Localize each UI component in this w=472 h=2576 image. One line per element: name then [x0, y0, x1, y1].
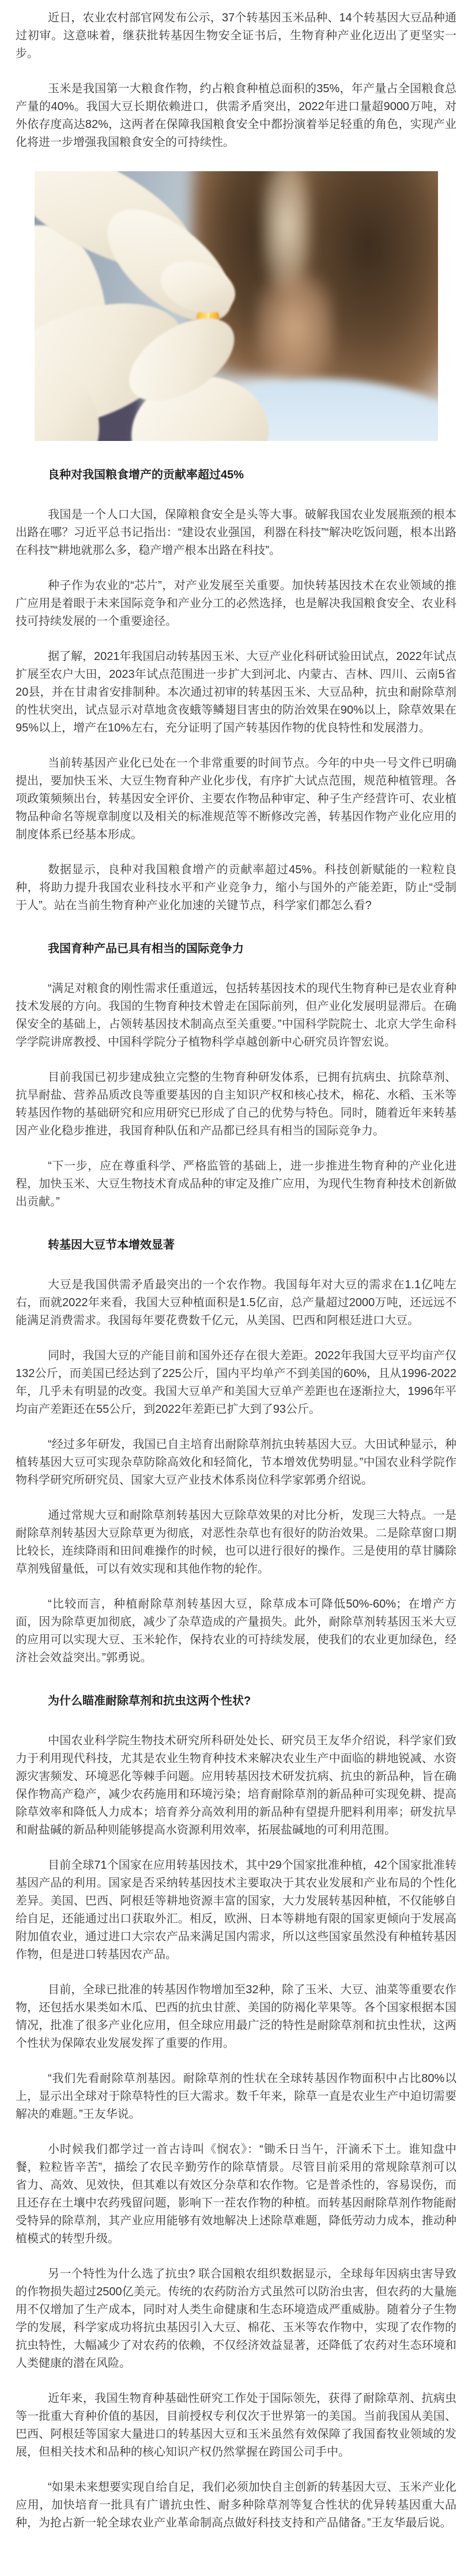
article-paragraph: 近年来，我国生物育种基础性研究工作处于国际领先，获得了耐除草剂、抗病虫等一批重大… — [16, 2390, 456, 2461]
article: 近日，农业农村部官网发布公示，37个转基因玉米品种、14个转基因大豆品种通过初审… — [0, 0, 472, 2576]
article-paragraph: “我们先看耐除草剂基因。耐除草剂的性状在全球转基因作物面积中占比80%以上，显示… — [16, 2070, 456, 2124]
article-section: 转基因大豆节本增效显著大豆是我国供需矛盾最突出的一个农作物。我国每年对大豆的需求… — [16, 1236, 456, 1667]
article-paragraph: 据了解，2021年我国启动转基因玉米、大豆产业化科研试验田试点，2022年试点扩… — [16, 648, 456, 737]
corn-kernel-photo — [35, 171, 438, 441]
article-paragraph: “经过多年研发，我国已自主培育出耐除草剂抗虫转基因大豆。大田试种显示，种植转基因… — [16, 1436, 456, 1489]
article-paragraph: 我国是一个人口大国，保障粮食安全是头等大事。破解我国农业发展瓶颈的根本出路在哪？… — [16, 506, 456, 560]
article-paragraph: 目前全球71个国家在应用转基因技术，其中29个国家批准种植，42个国家批准转基因… — [16, 1857, 456, 1964]
article-section: 为什么瞄准耐除草剂和抗虫这两个性状?中国农业科学院生物技术研究所科研处处长、研究… — [16, 1692, 456, 2532]
article-paragraph: 大豆是我国供需矛盾最突出的一个农作物。我国每年对大豆的需求在1.1亿吨左右，而就… — [16, 1276, 456, 1330]
article-paragraph: 通过常规大豆和耐除草剂转基因大豆除草效果的对比分析，发现三大特点。一是耐除草剂转… — [16, 1507, 456, 1578]
article-paragraph: 目前我国已初步建成独立完整的生物育种研发体系，已拥有抗病虫、抗除草剂、抗旱耐盐、… — [16, 1069, 456, 1140]
photo-hair-part-highlight — [262, 171, 311, 290]
intro-paragraphs: 近日，农业农村部官网发布公示，37个转基因玉米品种、14个转基因大豆品种通过初审… — [16, 9, 456, 152]
article-paragraph: 玉米是我国第一大粮食作物，约占粮食种植总面积的35%，年产量占全国粮食总产量的4… — [16, 80, 456, 152]
section-heading: 转基因大豆节本增效显著 — [16, 1236, 456, 1254]
section-heading: 我国育种产品已具有相当的国际竞争力 — [16, 940, 456, 958]
article-paragraph: 小时候我们都学过一首古诗叫《悯农》：“锄禾日当午，汗滴禾下土。谁知盘中餐，粒粒皆… — [16, 2141, 456, 2248]
article-paragraph: 种子作为农业的“芯片”，对产业发展至关重要。加快转基因技术在农业领域的推广应用是… — [16, 577, 456, 631]
article-section: 良种对我国粮食增产的贡献率超过45%我国是一个人口大国，保障粮食安全是头等大事。… — [16, 466, 456, 915]
article-paragraph: 数据显示，良种对我国粮食增产的贡献率超过45%。科技创新赋能的一粒粒良种，将助力… — [16, 861, 456, 915]
article-paragraph: 同时，我国大豆的产能目前和国外还存在很大差距。2022年我国大豆平均亩产仅132… — [16, 1347, 456, 1419]
article-paragraph: 当前转基因产业化已处在一个非常重要的时间节点。今年的中央一号文件已明确提出，要加… — [16, 755, 456, 844]
photo-face-blur — [256, 274, 333, 382]
article-paragraph: “满足对粮食的刚性需求任重道远，包括转基因技术的现代生物育种已是农业育种技术发展… — [16, 980, 456, 1051]
article-paragraph: “如果未来想要实现自给自足，我们必须加快自主创新的转基因大豆、玉米产业化应用，加… — [16, 2479, 456, 2532]
section-heading: 良种对我国粮食增产的贡献率超过45% — [16, 466, 456, 484]
article-paragraph: 近日，农业农村部官网发布公示，37个转基因玉米品种、14个转基因大豆品种通过初审… — [16, 9, 456, 63]
article-sections: 良种对我国粮食增产的贡献率超过45%我国是一个人口大国，保障粮食安全是头等大事。… — [16, 466, 456, 2532]
article-page: 近日，农业农村部官网发布公示，37个转基因玉米品种、14个转基因大豆品种通过初审… — [0, 0, 472, 2576]
article-paragraph: “比较而言，种植耐除草剂转基因大豆，除草成本可降低50%-60%；在增产方面，因… — [16, 1596, 456, 1667]
article-paragraph: 中国农业科学院生物技术研究所科研处处长、研究员王友华介绍说，科学家们致力于利用现… — [16, 1732, 456, 1839]
section-heading: 为什么瞄准耐除草剂和抗虫这两个性状? — [16, 1692, 456, 1710]
article-section: 我国育种产品已具有相当的国际竞争力“满足对粮食的刚性需求任重道远，包括转基因技术… — [16, 940, 456, 1211]
article-paragraph: “下一步，应在尊重科学、严格监管的基础上，进一步推进生物育种的产业化进程，加快玉… — [16, 1157, 456, 1211]
article-paragraph: 另一个特性为什么选了抗虫? 联合国粮农组织数据显示，全球每年因病虫害导致的作物损… — [16, 2265, 456, 2373]
article-paragraph: 目前，全球已批准的转基因作物增加至32种，除了玉米、大豆、油菜等重要农作物，还包… — [16, 1981, 456, 2053]
